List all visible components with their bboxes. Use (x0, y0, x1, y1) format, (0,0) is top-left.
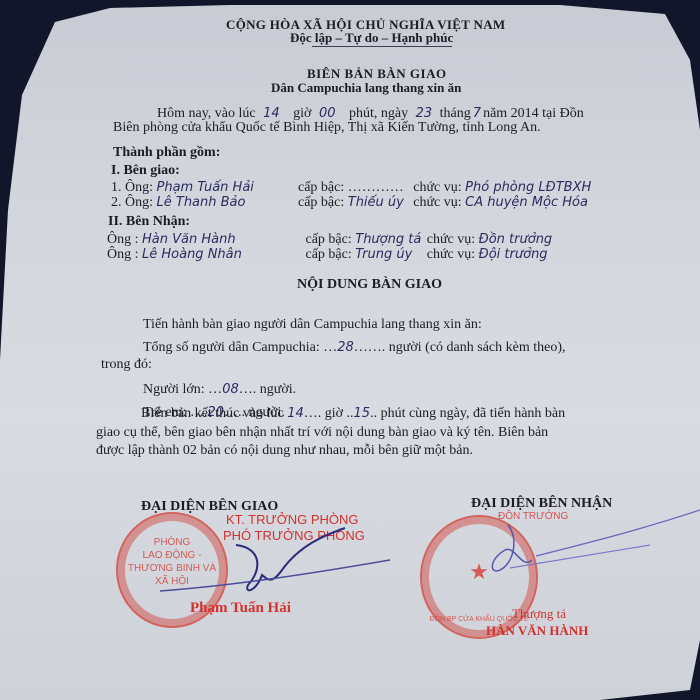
signature-strokes (0, 0, 700, 700)
giver-signature-underline (160, 560, 390, 591)
receiver-signature-line-1 (536, 510, 700, 556)
document-page: CỘNG HÒA XÃ HỘI CHỦ NGHĨA VIỆT NAM Độc l… (0, 0, 700, 700)
receiver-signature (492, 525, 532, 571)
receiver-signature-line-2 (510, 545, 650, 568)
